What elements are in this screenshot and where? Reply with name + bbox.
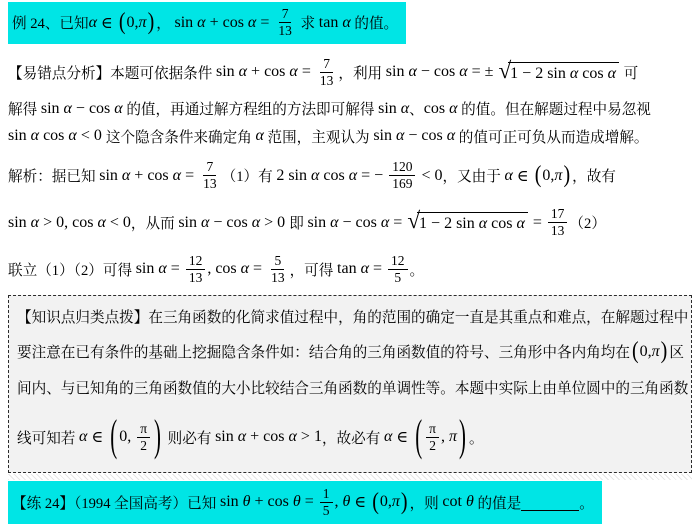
math-italic: α: [252, 214, 260, 232]
math-italic: α: [89, 14, 97, 32]
answer-blank: [521, 493, 579, 511]
fraction-numerator: π: [137, 421, 150, 438]
fraction-numerator: π: [426, 421, 439, 438]
cn-text: 联立（1）（2）可得: [8, 259, 136, 280]
fraction-numerator: 12: [388, 253, 408, 270]
fraction: 1713: [548, 206, 568, 238]
cn-text: 的值是: [474, 492, 521, 513]
cn-text: 。: [469, 427, 484, 448]
math-roman: ∈: [513, 166, 533, 186]
paren-group: (0,π): [118, 11, 155, 34]
fraction: 1213: [186, 253, 206, 285]
math-roman: =: [298, 63, 315, 81]
fraction-numerator: 12: [186, 253, 206, 270]
math-roman: > 0: [260, 214, 289, 232]
fraction: π2: [426, 421, 439, 453]
fraction-denominator: 169: [389, 176, 415, 192]
math-roman: =: [249, 260, 266, 278]
cn-text: 。: [410, 259, 425, 280]
math-roman: sin: [386, 63, 409, 81]
open-paren: (: [413, 411, 424, 463]
math-italic: θ: [293, 493, 301, 511]
math-roman: 0,: [127, 14, 139, 32]
math-italic: α: [396, 127, 404, 145]
math-roman: ∈: [97, 13, 117, 33]
math-roman: − cos: [72, 100, 114, 118]
open-paren: (: [371, 488, 380, 516]
math-roman: ,: [441, 428, 449, 446]
math-roman: =: [389, 214, 406, 232]
cn-text: ，故必有: [322, 427, 384, 448]
paren-group: (0,π): [631, 340, 668, 363]
math-italic: π: [139, 14, 147, 32]
math-roman: sin: [220, 493, 243, 511]
fraction-numerator: 7: [279, 6, 292, 23]
cn-text: 这个隐含条件来确定角: [106, 126, 256, 147]
paren-content: 0,π: [542, 167, 562, 185]
paren-content: 0,π: [640, 343, 660, 361]
cn-text: 则必有: [164, 427, 215, 448]
cn-text: 。: [579, 492, 594, 513]
text-line: 间内、与已知角的三角函数值的大小比较结合三角函数的单调性等。本题中实际上由单位圆…: [17, 370, 683, 405]
math-roman: sin: [8, 127, 31, 145]
math-roman: sin: [136, 260, 159, 278]
math-roman: sin: [41, 100, 64, 118]
math-roman: =: [369, 260, 386, 278]
fraction: 713: [275, 6, 295, 38]
cn-text: 求: [297, 12, 319, 33]
math-roman: + cos: [247, 63, 289, 81]
cn-text: ，则: [410, 492, 443, 513]
math-italic: α: [239, 63, 247, 81]
example-problem-highlight: 例 24、已知α ∈ (0,π)， sin α + cos α = 713 求 …: [8, 2, 406, 44]
cn-text: 线可知若: [17, 427, 79, 448]
fraction: π2: [137, 421, 150, 453]
fraction-denominator: 13: [200, 176, 220, 192]
cn-text: 【易错点分析】本题可依据条件: [8, 62, 216, 83]
fraction: 513: [268, 253, 288, 285]
fraction: 125: [388, 253, 408, 285]
math-roman: tan: [337, 260, 361, 278]
math-italic: α: [401, 100, 409, 118]
cn-text: 解析：据已知: [8, 165, 99, 186]
math-roman: = ±: [468, 63, 498, 81]
math-italic: α: [449, 100, 457, 118]
fraction-numerator: 5: [271, 253, 284, 270]
math-italic: α: [114, 100, 122, 118]
practice-problem-highlight: 【练 24】（1994 全国高考）已知 sin θ + cos θ = 15, …: [8, 481, 602, 524]
math-italic: α: [361, 260, 369, 278]
math-roman: 0,: [380, 493, 392, 511]
fraction-denominator: 2: [137, 438, 150, 454]
math-italic: α: [381, 214, 389, 232]
math-roman: =: [256, 14, 273, 32]
cn-text: 【练 24】（1994 全国高考）已知: [12, 492, 220, 513]
math-italic: π: [652, 343, 660, 361]
open-paren: (: [108, 411, 119, 463]
math-roman: − cos: [417, 63, 459, 81]
math-roman: < 0: [106, 214, 131, 232]
cn-text: 的值。: [351, 12, 398, 33]
paren-group: (0, π2): [108, 421, 163, 453]
text-line: 解得 sin α − cos α 的值，再通过解方程组的方法即可解得 sin α…: [8, 95, 692, 122]
math-roman: =: [167, 260, 184, 278]
math-roman: 0,: [119, 428, 135, 446]
cn-text: 、: [409, 98, 424, 119]
paren-content: 0, π2: [119, 421, 152, 453]
math-roman: cos: [487, 215, 516, 233]
fraction-denominator: 5: [320, 503, 333, 519]
paren-group: (0,π): [534, 164, 571, 187]
text-line: 例 24、已知α ∈ (0,π)， sin α + cos α = 713 求 …: [12, 3, 398, 42]
math-roman: tan: [319, 14, 343, 32]
radicand: 1 − 2 sin α cos α: [417, 212, 528, 233]
math-roman: + cos: [246, 428, 288, 446]
text-line: 【易错点分析】本题可依据条件 sin α + cos α = 713，利用 si…: [8, 49, 692, 95]
math-italic: π: [449, 428, 457, 446]
math-italic: α: [408, 63, 416, 81]
math-roman: + cos: [206, 14, 248, 32]
math-roman: ∈: [87, 427, 107, 447]
math-italic: α: [384, 428, 392, 446]
fraction-numerator: 7: [320, 56, 333, 73]
sqrt-radical: √1 − 2 sin α cos α: [498, 62, 619, 83]
math-roman: cos: [319, 167, 348, 185]
math-roman: + cos: [251, 493, 293, 511]
math-roman: cos: [578, 65, 607, 83]
math-italic: θ: [466, 493, 474, 511]
math-roman: 1 − 2 sin: [510, 65, 570, 83]
paren-content: 0,π: [380, 493, 400, 511]
math-roman: =: [181, 167, 198, 185]
math-italic: α: [97, 214, 105, 232]
math-roman: , cos: [207, 260, 240, 278]
text-line: sin α cos α < 0 这个隐含条件来确定角 α 范围，主观认为 sin…: [8, 122, 692, 150]
math-italic: α: [516, 215, 524, 233]
paren-group: (0,π): [371, 491, 408, 514]
fraction-numerator: 120: [389, 159, 415, 176]
fraction: 120169: [389, 159, 415, 191]
cn-text: 要注意在已有条件的基础上挖掘隐含条件如：结合角的三角函数值的符号、三角形中各内角…: [17, 341, 630, 362]
math-roman: sin: [99, 167, 122, 185]
fraction-numerator: 1: [320, 486, 333, 503]
math-roman: sin: [178, 214, 201, 232]
math-roman: cos: [424, 100, 449, 118]
open-paren: (: [534, 162, 543, 190]
math-italic: α: [570, 65, 578, 83]
cn-text: 例 24、已知: [12, 12, 89, 33]
fraction-numerator: 17: [548, 206, 568, 223]
text-line: 联立（1）（2）可得 sin α = 1213, cos α = 513，可得 …: [8, 246, 692, 292]
math-italic: α: [201, 214, 209, 232]
cn-text: ，又由于: [442, 165, 504, 186]
math-roman: sin: [174, 14, 197, 32]
open-paren: (: [118, 9, 127, 37]
math-italic: α: [330, 214, 338, 232]
math-italic: α: [158, 260, 166, 278]
paren-content: 0,π: [127, 14, 147, 32]
close-paren: ): [152, 411, 163, 463]
math-worksheet-page: 例 24、已知α ∈ (0,π)， sin α + cos α = 713 求 …: [0, 0, 698, 525]
math-roman: =: [529, 214, 546, 232]
fraction-denominator: 13: [548, 223, 568, 239]
math-roman: 2 sin: [276, 167, 311, 185]
fraction-denominator: 13: [275, 23, 295, 39]
math-roman: 0,: [640, 343, 652, 361]
math-italic: α: [608, 65, 616, 83]
math-italic: α: [349, 167, 357, 185]
math-roman: 0,: [542, 167, 554, 185]
math-roman: ,: [335, 493, 343, 511]
math-italic: α: [64, 100, 72, 118]
radicand: 1 − 2 sin α cos α: [508, 62, 619, 83]
text-line: 【知识点归类点拨】在三角函数的化简求值过程中，角的范围的确定一直是其重点和难点，…: [17, 299, 683, 333]
cn-text: ，可得: [290, 259, 337, 280]
text-line: 要注意在已有条件的基础上挖掘隐含条件如：结合角的三角函数值的符号、三角形中各内角…: [17, 333, 683, 370]
math-italic: α: [31, 127, 39, 145]
math-italic: π: [392, 493, 400, 511]
cn-text: 间内、与已知角的三角函数值的大小比较结合三角函数的单调性等。本题中实际上由单位圆…: [17, 377, 688, 398]
math-italic: α: [31, 214, 39, 232]
math-roman: sin: [216, 63, 239, 81]
close-paren: ): [457, 411, 468, 463]
error-analysis-paragraph: 【易错点分析】本题可依据条件 sin α + cos α = 713，利用 si…: [8, 49, 692, 150]
math-roman: < 0: [77, 127, 106, 145]
math-italic: α: [459, 63, 467, 81]
cn-text: 区: [669, 341, 684, 362]
cn-text: 即: [289, 212, 307, 233]
math-roman: sin: [8, 214, 31, 232]
cn-text: 的值，再通过解方程组的方法即可解得: [123, 98, 378, 119]
close-paren: ): [400, 488, 409, 516]
math-italic: α: [173, 167, 181, 185]
math-italic: α: [479, 215, 487, 233]
math-roman: > 0, cos: [39, 214, 97, 232]
cn-text: ，利用: [338, 62, 385, 83]
close-paren: ): [147, 9, 156, 37]
math-roman: cot: [442, 493, 466, 511]
fraction-denominator: 5: [391, 270, 404, 286]
knowledge-points-box: 【知识点归类点拨】在三角函数的化简求值过程中，角的范围的确定一直是其重点和难点，…: [8, 295, 692, 473]
math-roman: ∈: [392, 427, 412, 447]
math-italic: α: [238, 428, 246, 446]
sqrt-radical: √1 − 2 sin α cos α: [407, 212, 528, 233]
math-roman: = −: [357, 167, 387, 185]
fraction-numerator: 7: [203, 159, 216, 176]
close-paren: ): [660, 338, 669, 366]
math-roman: sin: [378, 100, 401, 118]
paren-content: π2, π: [424, 421, 457, 453]
fraction-denominator: 13: [186, 270, 206, 286]
math-italic: α: [289, 428, 297, 446]
math-italic: α: [255, 127, 263, 145]
math-italic: α: [68, 127, 76, 145]
math-italic: α: [197, 14, 205, 32]
text-line: 解析：据已知 sin α + cos α = 713（1）有 2 sin α c…: [8, 152, 692, 199]
text-line: 【练 24】（1994 全国高考）已知 sin θ + cos θ = 15, …: [12, 482, 594, 522]
math-roman: 1 − 2 sin: [419, 215, 479, 233]
math-roman: − cos: [339, 214, 381, 232]
text-line: sin α > 0, cos α < 0，从而 sin α − cos α > …: [8, 199, 692, 246]
cn-text: 【知识点归类点拨】在三角函数的化简求值过程中，角的范围的确定一直是其重点和难点，…: [17, 306, 688, 327]
math-roman: + cos: [130, 167, 172, 185]
math-italic: α: [505, 167, 513, 185]
close-paren: ): [562, 162, 571, 190]
math-italic: π: [554, 167, 562, 185]
math-italic: α: [248, 14, 256, 32]
cn-text: 的值可正可负从而造成增解。: [455, 126, 648, 147]
text-line: 线可知若 α ∈ (0, π2) 则必有 sin α + cos α > 1，故…: [17, 405, 683, 469]
cn-text: ，: [156, 12, 174, 33]
math-roman: > 1: [297, 428, 322, 446]
math-roman: − cos: [404, 127, 446, 145]
cn-text: ，从而: [131, 212, 178, 233]
math-italic: α: [241, 260, 249, 278]
cn-text: ，故有: [572, 165, 616, 186]
math-italic: α: [311, 167, 319, 185]
cn-text: 的值。但在解题过程中易忽视: [458, 98, 651, 119]
math-italic: α: [342, 14, 350, 32]
open-paren: (: [631, 338, 640, 366]
paren-group: (π2, π): [413, 421, 468, 453]
cn-text: 范围，主观认为: [264, 126, 373, 147]
cn-text: （1）有: [222, 165, 277, 186]
math-roman: sin: [373, 127, 396, 145]
math-italic: θ: [343, 493, 351, 511]
math-roman: < 0: [417, 167, 442, 185]
fraction: 713: [200, 159, 220, 191]
math-italic: α: [122, 167, 130, 185]
math-roman: ∈: [350, 492, 370, 512]
cn-text: 解得: [8, 98, 41, 119]
cn-text: 可: [620, 62, 638, 83]
math-roman: − cos: [209, 214, 251, 232]
math-italic: α: [79, 428, 87, 446]
fraction: 15: [320, 486, 333, 518]
math-roman: =: [301, 493, 318, 511]
math-italic: α: [289, 63, 297, 81]
math-roman: cos: [39, 127, 68, 145]
fraction-denominator: 2: [426, 438, 439, 454]
cn-text: （2）: [569, 212, 606, 233]
math-italic: θ: [243, 493, 251, 511]
fraction-denominator: 13: [268, 270, 288, 286]
math-roman: sin: [307, 214, 330, 232]
solution-paragraph: 解析：据已知 sin α + cos α = 713（1）有 2 sin α c…: [8, 152, 692, 292]
math-italic: α: [447, 127, 455, 145]
fraction: 713: [317, 56, 337, 88]
fraction-denominator: 13: [317, 73, 337, 89]
math-roman: sin: [215, 428, 238, 446]
section-divider-hatch: [8, 474, 692, 480]
